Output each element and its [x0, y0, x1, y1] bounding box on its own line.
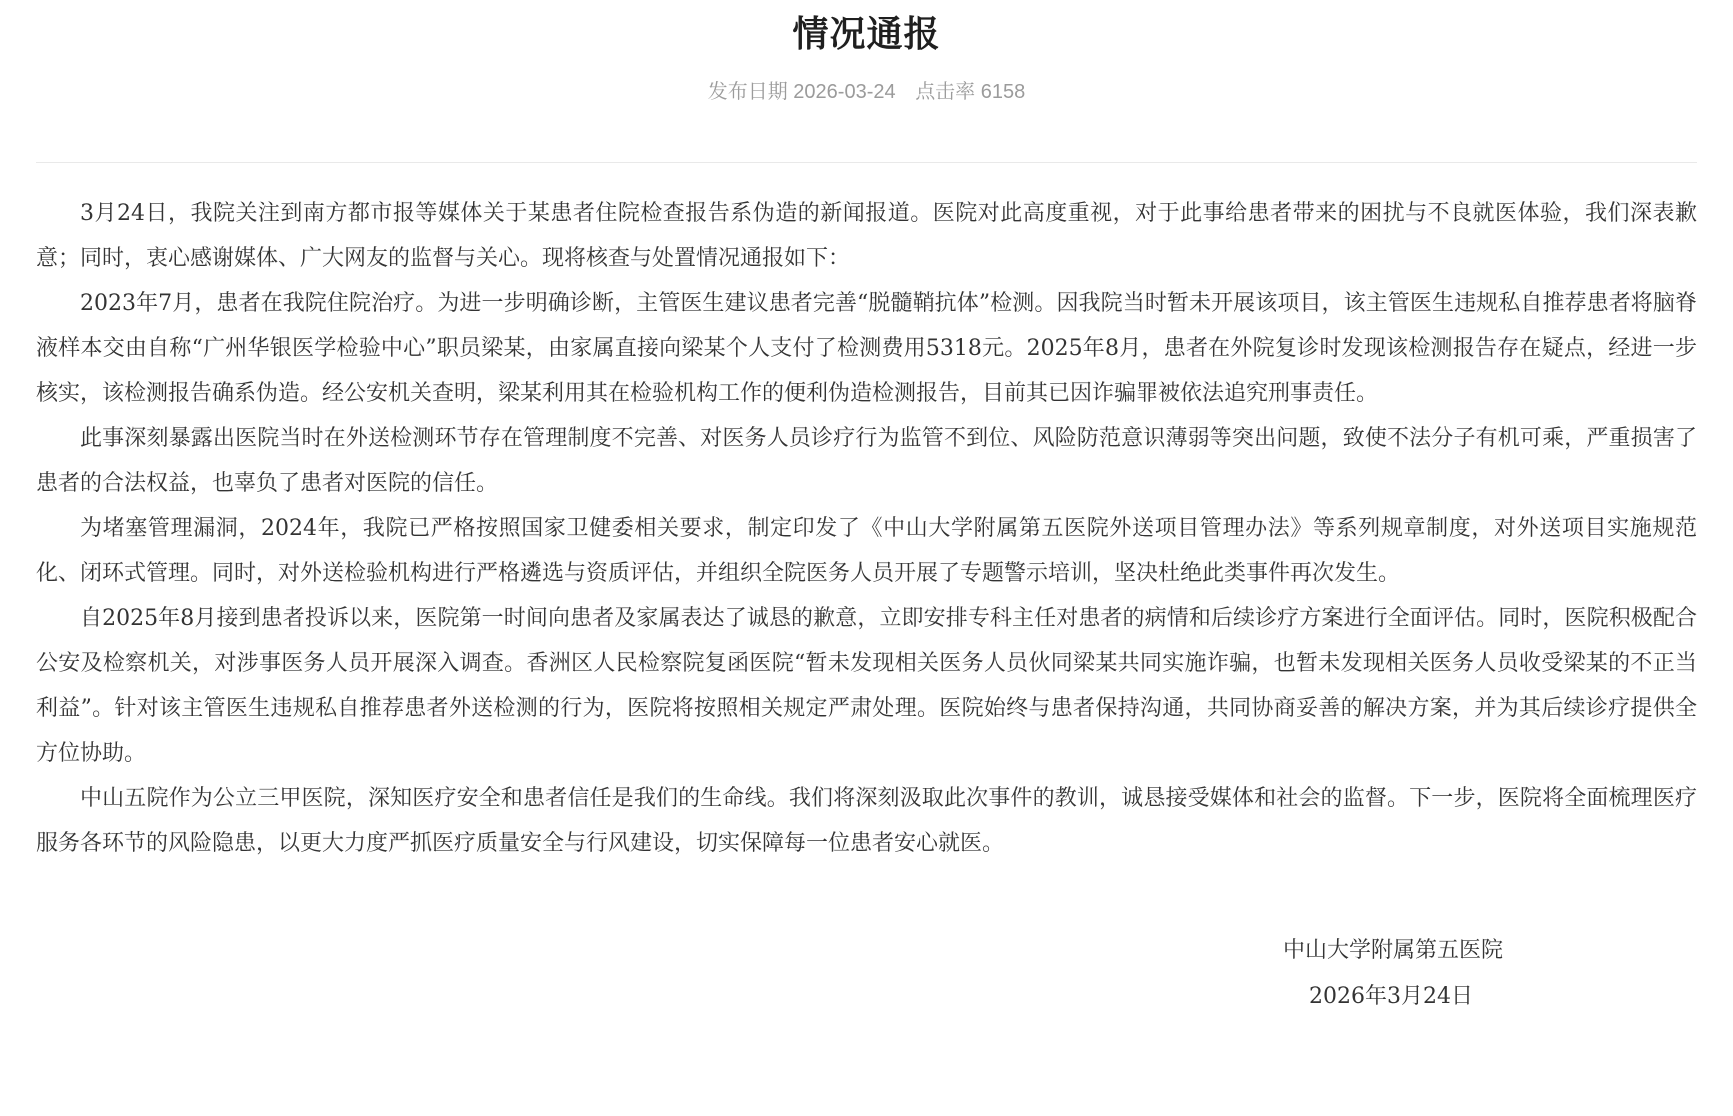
header-divider: [36, 162, 1697, 163]
article-paragraph: 中山五院作为公立三甲医院，深知医疗安全和患者信任是我们的生命线。我们将深刻汲取此…: [36, 776, 1697, 866]
article-body: 3月24日，我院关注到南方都市报等媒体关于某患者住院检查报告系伪造的新闻报道。医…: [36, 191, 1697, 866]
signature-date: 2026年3月24日: [0, 974, 1733, 1020]
publish-date: 发布日期 2026-03-24: [708, 81, 896, 103]
announcement-page: 情况通报 发布日期 2026-03-24 点击率 6158 3月24日，我院关注…: [0, 0, 1733, 1116]
page-title: 情况通报: [0, 0, 1733, 57]
signature-org: 中山大学附属第五医院: [0, 928, 1733, 974]
meta-line: 发布日期 2026-03-24 点击率 6158: [0, 75, 1733, 104]
article-paragraph: 2023年7月，患者在我院住院治疗。为进一步明确诊断，主管医生建议患者完善“脱髓…: [36, 281, 1697, 416]
click-count: 点击率 6158: [915, 81, 1025, 103]
article-paragraph: 3月24日，我院关注到南方都市报等媒体关于某患者住院检查报告系伪造的新闻报道。医…: [36, 191, 1697, 281]
signature-block: 中山大学附属第五医院 2026年3月24日: [0, 928, 1733, 1020]
article-paragraph: 为堵塞管理漏洞，2024年，我院已严格按照国家卫健委相关要求，制定印发了《中山大…: [36, 506, 1697, 596]
article-paragraph: 此事深刻暴露出医院当时在外送检测环节存在管理制度不完善、对医务人员诊疗行为监管不…: [36, 416, 1697, 506]
article-paragraph: 自2025年8月接到患者投诉以来，医院第一时间向患者及家属表达了诚恳的歉意，立即…: [36, 596, 1697, 776]
